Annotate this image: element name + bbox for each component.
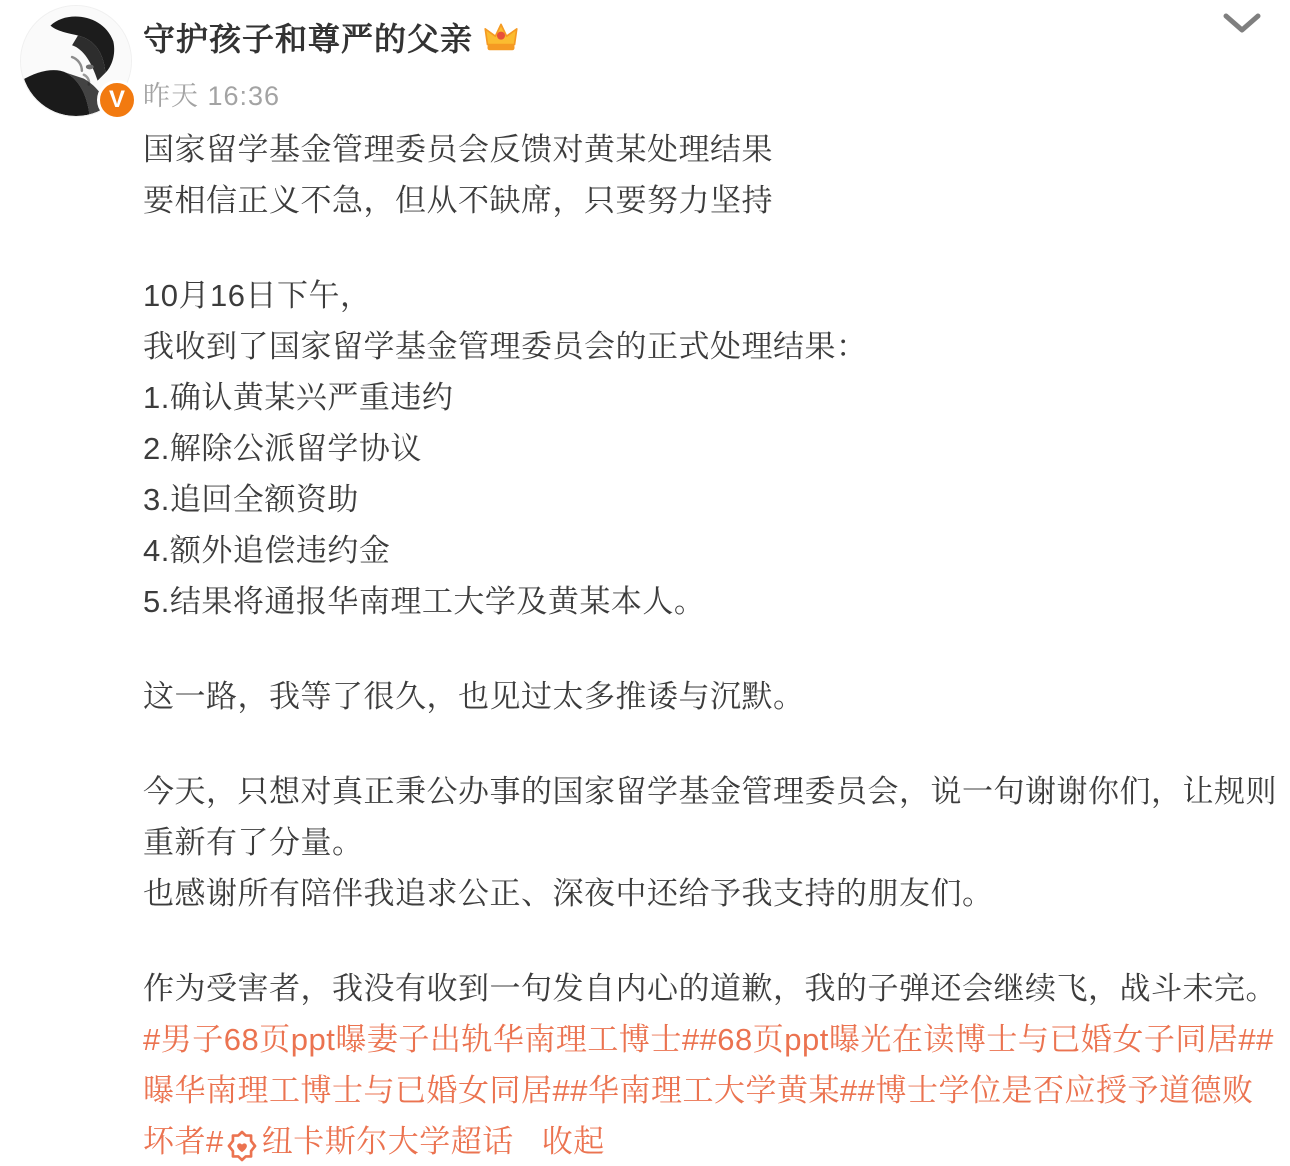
weibo-post: V 守护孩子和尊严的父亲 昨天 16:36 国家留学基金 bbox=[0, 0, 1290, 1166]
header-main: 守护孩子和尊严的父亲 昨天 16:36 bbox=[143, 14, 519, 113]
post-text-line: 也感谢所有陪伴我追求公正、深夜中还给予我支持的朋友们。 bbox=[143, 868, 1265, 919]
hashtag-link[interactable]: 坏者# bbox=[143, 1116, 224, 1166]
avatar[interactable]: V bbox=[20, 5, 132, 117]
post-text-line: 重新有了分量。 bbox=[143, 817, 1265, 868]
post-text-line: 这一路，我等了很久，也见过太多推诿与沉默。 bbox=[143, 671, 1265, 722]
post-text-line bbox=[143, 919, 1265, 963]
timestamp: 昨天 16:36 bbox=[143, 74, 519, 113]
post-header: V 守护孩子和尊严的父亲 昨天 16:36 bbox=[0, 0, 1290, 124]
author-name[interactable]: 守护孩子和尊严的父亲 bbox=[143, 14, 473, 60]
post-body: 国家留学基金管理委员会反馈对黄某处理结果要相信正义不急，但从不缺席，只要努力坚持… bbox=[143, 124, 1265, 1166]
post-text-line: 国家留学基金管理委员会反馈对黄某处理结果 bbox=[143, 124, 1265, 175]
post-text-line: 要相信正义不急，但从不缺席，只要努力坚持 bbox=[143, 175, 1265, 226]
post-text-line bbox=[143, 226, 1265, 270]
post-text-line: 作为受害者，我没有收到一句发自内心的道歉，我的子弹还会继续飞，战斗未完。 bbox=[143, 963, 1265, 1014]
collapse-link[interactable]: 收起 bbox=[542, 1116, 605, 1166]
post-text-line: 我收到了国家留学基金管理委员会的正式处理结果： bbox=[143, 321, 1265, 372]
post-text: 国家留学基金管理委员会反馈对黄某处理结果要相信正义不急，但从不缺席，只要努力坚持… bbox=[143, 124, 1265, 1014]
post-text-line bbox=[143, 722, 1265, 766]
post-text-line: 今天，只想对真正秉公办事的国家留学基金管理委员会，说一句谢谢你们，让规则 bbox=[143, 766, 1265, 817]
post-text-line: 1.确认黄某兴严重违约 bbox=[143, 372, 1265, 423]
post-text-line: 3.追回全额资助 bbox=[143, 474, 1265, 525]
post-text-line: 4.额外追偿违约金 bbox=[143, 525, 1265, 576]
post-text-line: 2.解除公派留学协议 bbox=[143, 423, 1265, 474]
hashtag-link[interactable]: 曝华南理工博士与已婚女同居##华南理工大学黄某##博士学位是否应授予道德败 bbox=[143, 1065, 1265, 1116]
hashtag-link[interactable]: #男子68页ppt曝妻子出轨华南理工博士##68页ppt曝光在读博士与已婚女子同… bbox=[143, 1014, 1265, 1065]
post-text-line: 5.结果将通报华南理工大学及黄某本人。 bbox=[143, 576, 1265, 627]
member-crown-icon bbox=[483, 21, 519, 53]
post-text-line bbox=[143, 627, 1265, 671]
supertopic-badge-icon bbox=[226, 1126, 258, 1158]
supertopic-link[interactable]: 纽卡斯尔大学超话 bbox=[262, 1116, 514, 1166]
post-text-line: 10月16日下午， bbox=[143, 270, 1265, 321]
verified-v-badge: V bbox=[97, 80, 137, 120]
chevron-down-icon[interactable] bbox=[1218, 4, 1266, 44]
hashtag-last-line: 坏者# 纽卡斯尔大学超话 收起 bbox=[143, 1116, 1265, 1166]
